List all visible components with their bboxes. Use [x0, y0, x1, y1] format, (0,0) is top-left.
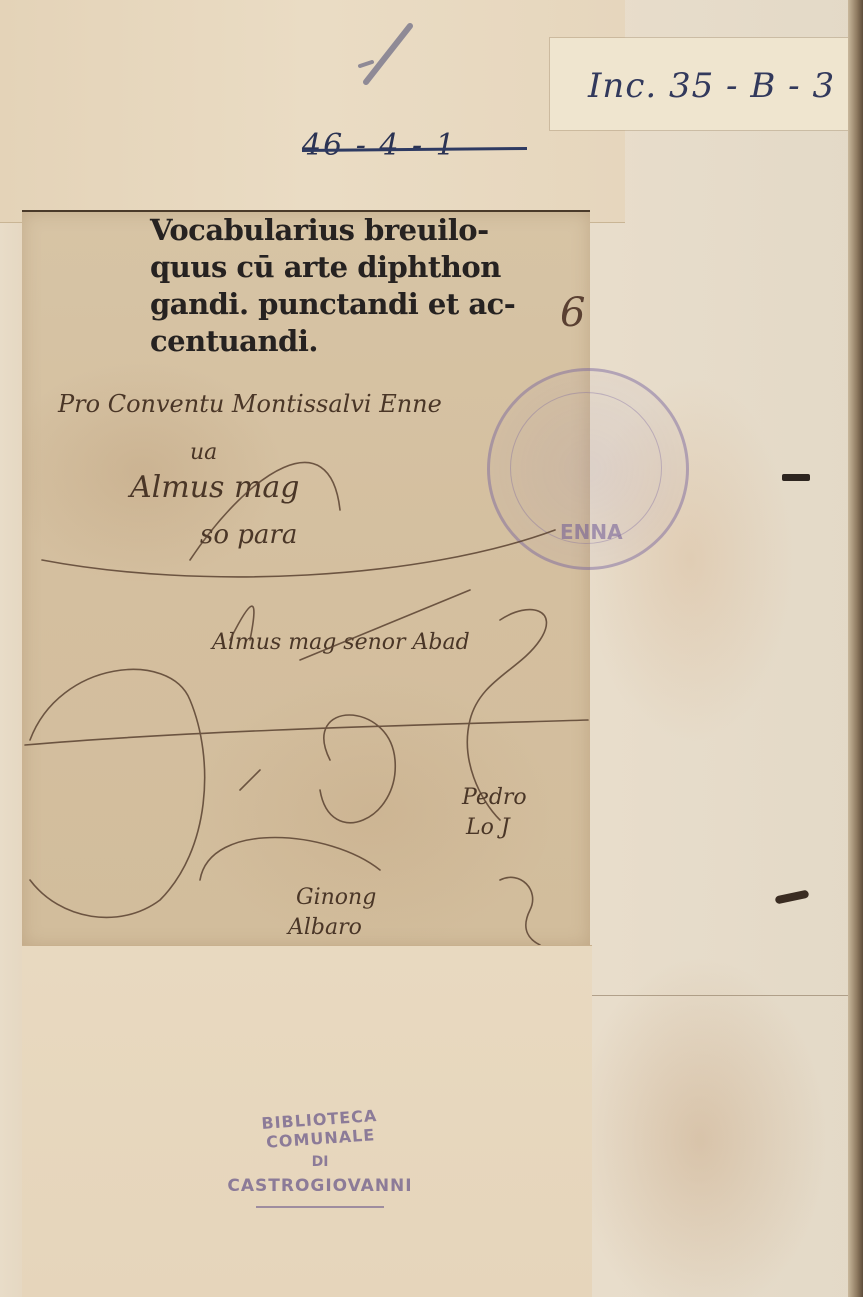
library-stamp: BIBLIOTECA COMUNALE DI CASTROGIOVANNI	[205, 1110, 435, 1208]
paper-edge-line	[592, 995, 850, 996]
library-stamp-line: CASTROGIOVANNI	[205, 1176, 435, 1196]
library-stamp-line: BIBLIOTECA COMUNALE	[204, 1102, 436, 1156]
ink-mark	[782, 474, 810, 481]
book-board-edge	[848, 0, 863, 1297]
library-stamp-line: DI	[205, 1154, 435, 1170]
stamp-underline	[256, 1206, 384, 1208]
